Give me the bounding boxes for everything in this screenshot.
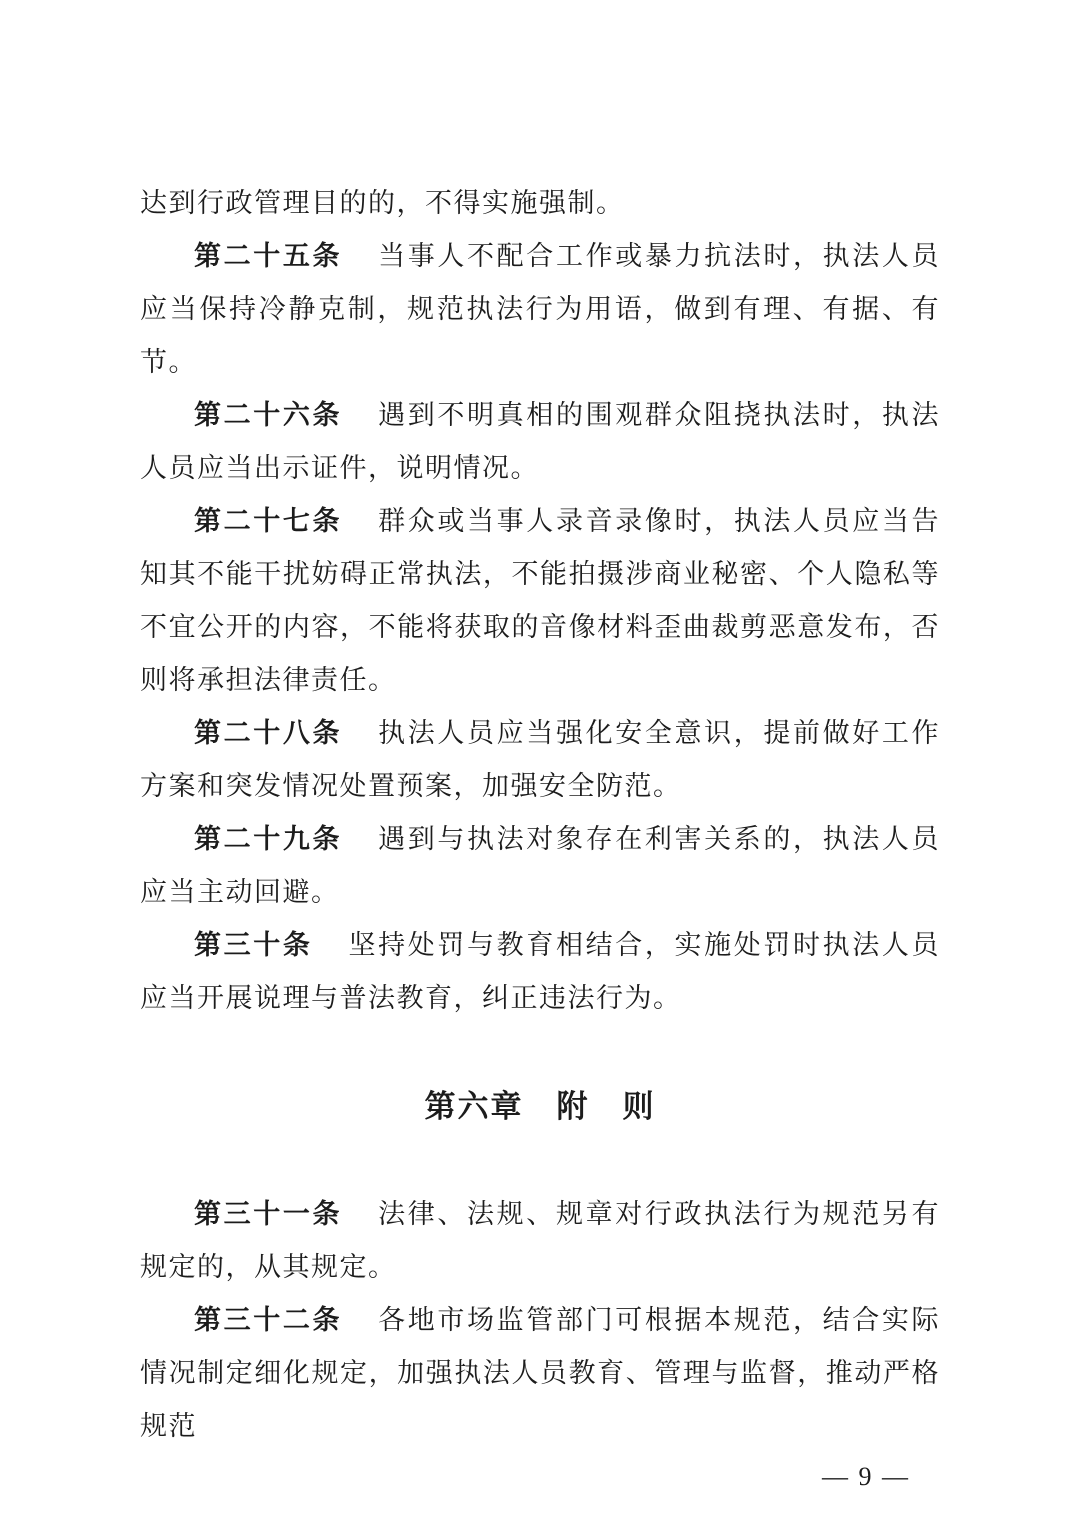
article-32-label: 第三十二条: [194, 1305, 342, 1335]
article-25-paragraph: 第二十五条当事人不配合工作或暴力抗法时，执法人员应当保持冷静克制，规范执法行为用…: [140, 230, 940, 389]
article-28-paragraph: 第二十八条执法人员应当强化安全意识，提前做好工作方案和突发情况处置预案，加强安全…: [140, 707, 940, 813]
article-26-label: 第二十六条: [194, 400, 342, 430]
article-25-label: 第二十五条: [194, 241, 342, 271]
paragraph-continuation: 达到行政管理目的的，不得实施强制。: [140, 177, 940, 230]
article-29-paragraph: 第二十九条遇到与执法对象存在利害关系的，执法人员应当主动回避。: [140, 813, 940, 919]
article-31-paragraph: 第三十一条法律、法规、规章对行政执法行为规范另有规定的，从其规定。: [140, 1188, 940, 1294]
document-body: 达到行政管理目的的，不得实施强制。 第二十五条当事人不配合工作或暴力抗法时，执法…: [140, 177, 940, 1453]
article-26-paragraph: 第二十六条遇到不明真相的围观群众阻挠执法时，执法人员应当出示证件，说明情况。: [140, 389, 940, 495]
article-30-label: 第三十条: [194, 930, 313, 960]
article-28-label: 第二十八条: [194, 718, 342, 748]
article-29-label: 第二十九条: [194, 824, 342, 854]
article-27-label: 第二十七条: [194, 506, 342, 536]
article-31-label: 第三十一条: [194, 1199, 342, 1229]
article-32-paragraph: 第三十二条各地市场监管部门可根据本规范，结合实际情况制定细化规定，加强执法人员教…: [140, 1294, 940, 1453]
document-page: 达到行政管理目的的，不得实施强制。 第二十五条当事人不配合工作或暴力抗法时，执法…: [0, 0, 1074, 1520]
article-30-paragraph: 第三十条坚持处罚与教育相结合，实施处罚时执法人员应当开展说理与普法教育，纠正违法…: [140, 919, 940, 1025]
article-27-paragraph: 第二十七条群众或当事人录音录像时，执法人员应当告知其不能干扰妨碍正常执法，不能拍…: [140, 495, 940, 707]
chapter-heading: 第六章 附 则: [140, 1080, 940, 1133]
page-number: — 9 —: [140, 1455, 940, 1499]
